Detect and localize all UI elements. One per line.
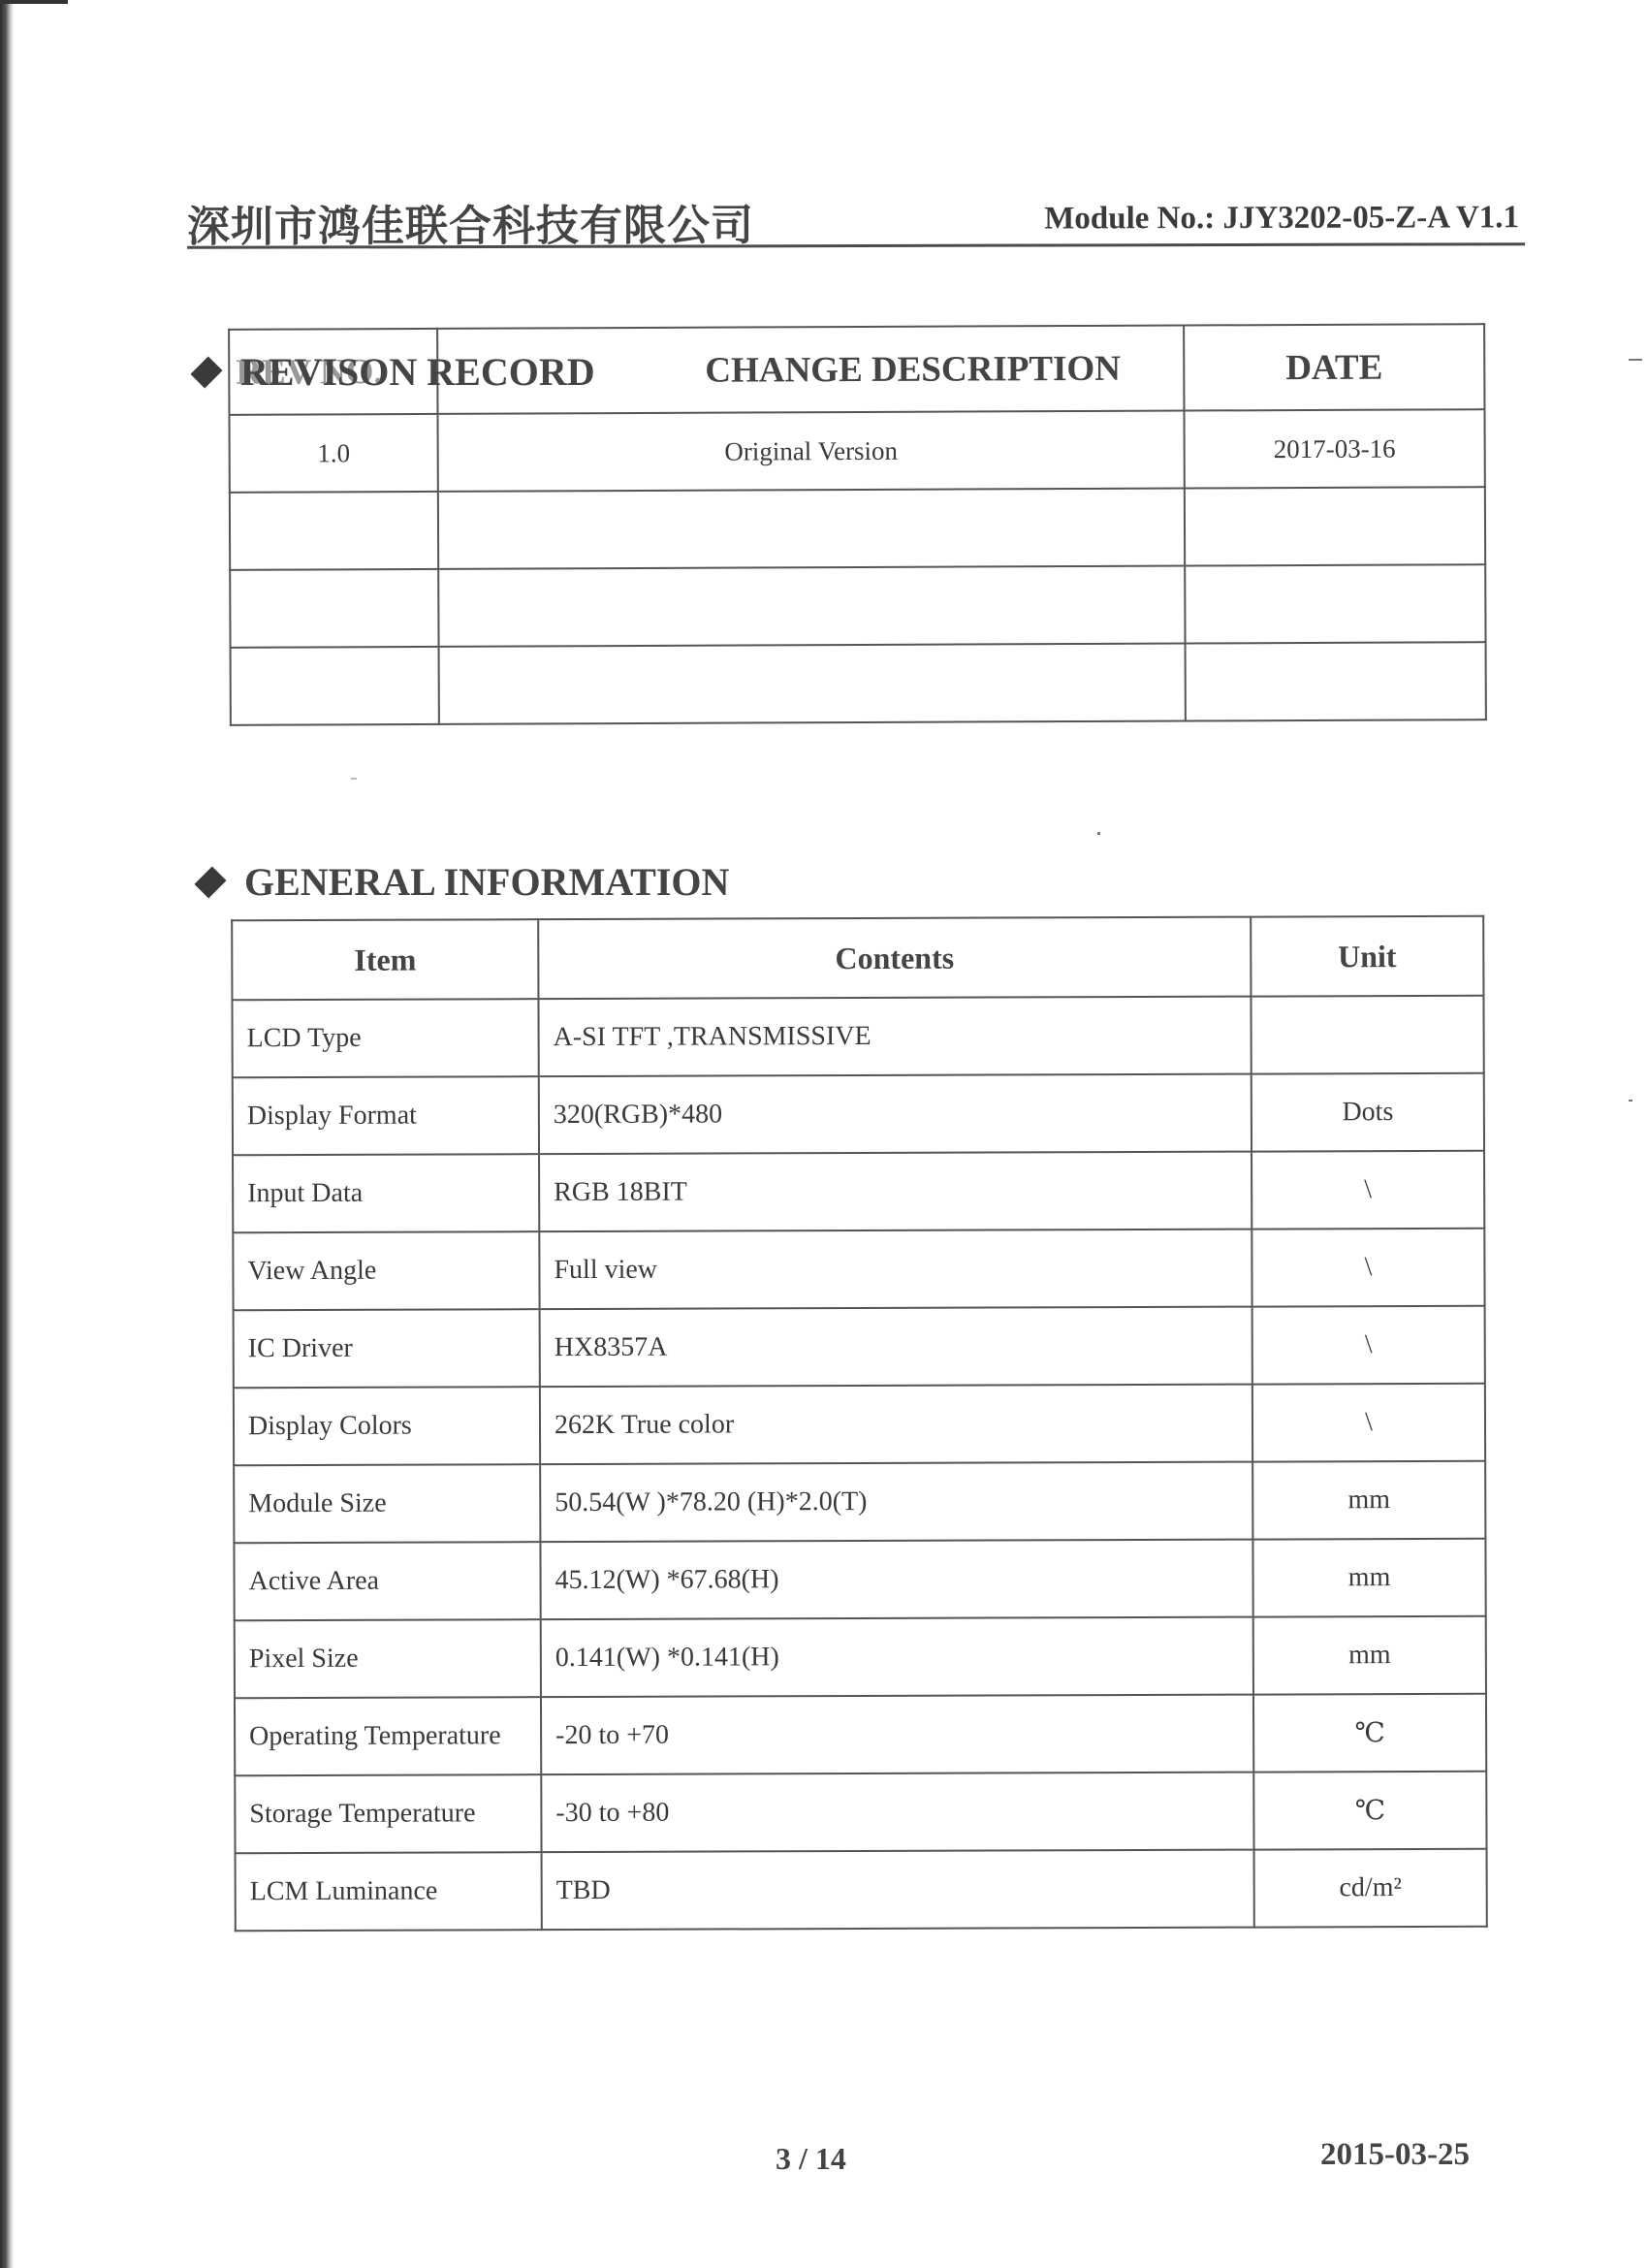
contents-cell: TBD — [542, 1850, 1254, 1931]
diamond-bullet-icon — [194, 866, 226, 898]
item-cell: Active Area — [234, 1542, 540, 1620]
date-cell — [1186, 642, 1486, 720]
table-row: Module Size50.54(W )*78.20 (H)*2.0(T)mm — [234, 1461, 1485, 1544]
scan-edge-top — [0, 0, 68, 4]
item-cell: Operating Temperature — [235, 1697, 541, 1775]
contents-cell: 45.12(W) *67.68(H) — [540, 1540, 1252, 1620]
unit-cell: ℃ — [1253, 1772, 1486, 1850]
unit-cell: cd/m² — [1254, 1849, 1487, 1928]
unit-cell: Dots — [1252, 1073, 1484, 1152]
contents-cell: 262K True color — [540, 1385, 1252, 1465]
item-cell: Pixel Size — [235, 1619, 541, 1698]
table-row: Input DataRGB 18BIT\ — [233, 1151, 1484, 1233]
contents-cell: Full view — [539, 1230, 1252, 1310]
item-cell: Module Size — [234, 1464, 540, 1543]
contents-cell: -30 to +80 — [541, 1773, 1253, 1853]
table-row — [230, 487, 1485, 570]
description-cell — [439, 644, 1186, 724]
table-row: LCD TypeA-SI TFT ,TRANSMISSIVE — [232, 996, 1483, 1078]
contents-cell: A-SI TFT ,TRANSMISSIVE — [538, 997, 1251, 1077]
contents-cell: -20 to +70 — [541, 1695, 1253, 1775]
table-row: IC DriverHX8357A\ — [234, 1306, 1485, 1389]
diamond-bullet-icon — [190, 356, 222, 388]
table-row — [230, 564, 1485, 648]
item-cell: LCD Type — [232, 999, 538, 1077]
general-information-heading: GENERAL INFORMATION — [198, 859, 729, 905]
table-row: 1.0Original Version2017-03-16 — [230, 409, 1485, 493]
general-information-table: Item Contents Unit LCD TypeA-SI TFT ,TRA… — [231, 915, 1488, 1933]
rev-cell — [230, 492, 438, 570]
table-row: Display Colors262K True color\ — [234, 1384, 1485, 1466]
item-cell: IC Driver — [234, 1309, 540, 1388]
item-cell: LCM Luminance — [236, 1852, 542, 1931]
table-row: Active Area45.12(W) *67.68(H)mm — [234, 1539, 1485, 1621]
table-row: Pixel Size0.141(W) *0.141(H)mm — [235, 1616, 1486, 1699]
column-header-date: DATE — [1184, 324, 1484, 410]
unit-cell: \ — [1252, 1151, 1484, 1230]
table-row: Operating Temperature-20 to +70℃ — [235, 1694, 1486, 1776]
page-header: 深圳市鸿佳联合科技有限公司 Module No.: JJY3202-05-Z-A… — [187, 188, 1525, 249]
scan-edge — [0, 0, 14, 2268]
date-cell — [1185, 564, 1485, 643]
module-number: Module No.: JJY3202-05-Z-A V1.1 — [1044, 200, 1519, 237]
unit-cell: mm — [1253, 1616, 1486, 1695]
contents-cell: 50.54(W )*78.20 (H)*2.0(T) — [540, 1462, 1252, 1543]
contents-cell: RGB 18BIT — [539, 1152, 1252, 1232]
description-cell: Original Version — [437, 411, 1184, 492]
scan-mark — [351, 778, 357, 780]
column-header-unit: Unit — [1251, 916, 1483, 997]
date-cell: 2017-03-16 — [1184, 409, 1484, 488]
item-cell: View Angle — [233, 1231, 539, 1310]
unit-cell: ℃ — [1253, 1694, 1486, 1773]
table-row: Storage Temperature-30 to +80℃ — [235, 1772, 1486, 1854]
table-row — [231, 642, 1486, 725]
description-cell — [438, 566, 1185, 647]
unit-cell: \ — [1252, 1306, 1485, 1385]
scan-mark — [1097, 832, 1100, 835]
unit-cell: mm — [1252, 1539, 1485, 1617]
item-cell: Storage Temperature — [235, 1774, 541, 1853]
contents-cell: 320(RGB)*480 — [539, 1074, 1252, 1155]
table-header-row: Item Contents Unit — [232, 916, 1483, 1001]
scan-mark — [1629, 1100, 1632, 1102]
table-row: View AngleFull view\ — [233, 1229, 1484, 1311]
rev-cell — [231, 647, 439, 725]
description-cell — [438, 489, 1185, 569]
unit-cell — [1251, 996, 1483, 1074]
column-header-contents: Contents — [538, 917, 1251, 1000]
table-row: Display Format320(RGB)*480Dots — [233, 1073, 1484, 1156]
scan-mark — [1629, 359, 1642, 361]
footer-date: 2015-03-25 — [1320, 2137, 1470, 2173]
date-cell — [1185, 487, 1485, 565]
rev-cell: 1.0 — [230, 414, 438, 493]
unit-cell: \ — [1252, 1229, 1484, 1307]
page-number: 3 / 14 — [776, 2141, 846, 2177]
contents-cell: 0.141(W) *0.141(H) — [541, 1617, 1253, 1698]
column-header-item: Item — [232, 919, 538, 1000]
unit-cell: \ — [1252, 1384, 1485, 1462]
item-cell: Display Colors — [234, 1387, 540, 1465]
revision-record-heading: REVISON RECORD — [194, 349, 595, 395]
unit-cell: mm — [1252, 1461, 1485, 1540]
item-cell: Display Format — [233, 1076, 539, 1155]
company-name: 深圳市鸿佳联合科技有限公司 — [187, 190, 754, 254]
contents-cell: HX8357A — [540, 1307, 1252, 1388]
item-cell: Input Data — [233, 1154, 539, 1232]
rev-cell — [230, 569, 438, 648]
table-row: LCM LuminanceTBDcd/m² — [236, 1849, 1487, 1932]
